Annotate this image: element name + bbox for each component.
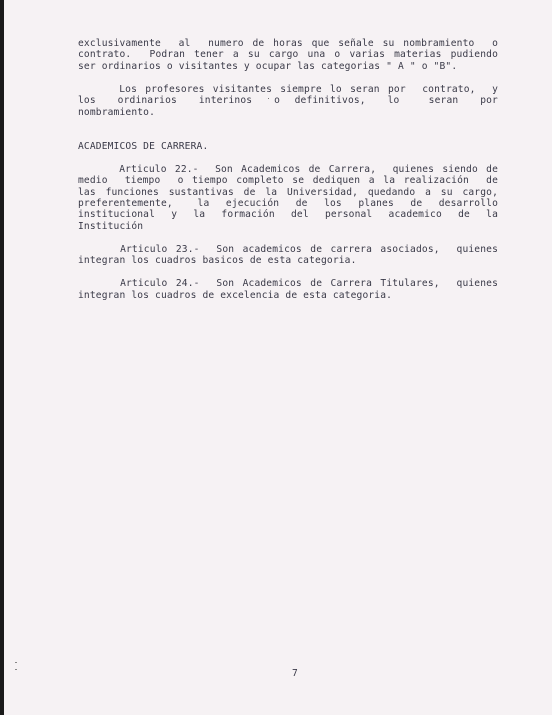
text-line: Articulo 22.- Son Academicos de Carrera,… [78,164,498,175]
paragraph-articulo-22: Articulo 22.- Son Academicos de Carrera,… [78,164,498,232]
paragraph-articulo-24: Articulo 24.- Son Academicos de Carrera … [78,278,498,301]
text-line: exclusivamente al numero de horas que se… [78,38,498,49]
document-page: exclusivamente al numero de horas que se… [78,38,498,301]
text-line: institucional y la formación del persona… [78,209,498,220]
scan-speck [15,669,17,670]
text-line: integran los cuadros basicos de esta cat… [78,255,498,266]
text-line: las funciones sustantivas de la Universi… [78,187,498,198]
paragraph-visitantes: Los profesores visitantes siempre lo ser… [78,84,498,118]
text-line: contrato. Podran tener a su cargo una o … [78,49,498,60]
text-line: preferentemente, la ejecución de los pla… [78,198,498,209]
text-line: integran los cuadros de excelencia de es… [78,290,498,301]
text-line: medio tiempo o tiempo completo se dediqu… [78,175,498,186]
text-line: los ordinarios interinos o definitivos, … [78,95,498,106]
scan-speck [268,98,269,99]
page-number: 7 [292,668,298,679]
section-heading: ACADEMICOS DE CARRERA. [78,141,498,152]
text-line: Articulo 24.- Son Academicos de Carrera … [78,278,498,289]
scan-speck [15,662,17,663]
text-line: Institución [78,221,498,232]
text-line: nombramiento. [78,107,498,118]
paragraph-articulo-23: Articulo 23.- Son academicos de carrera … [78,244,498,267]
paragraph-intro: exclusivamente al numero de horas que se… [78,38,498,72]
text-line: Articulo 23.- Son academicos de carrera … [78,244,498,255]
text-line: Los profesores visitantes siempre lo ser… [78,84,498,95]
heading-text: ACADEMICOS DE CARRERA. [78,141,208,152]
text-line: ser ordinarios o visitantes y ocupar las… [78,61,498,72]
scan-edge [0,0,4,715]
